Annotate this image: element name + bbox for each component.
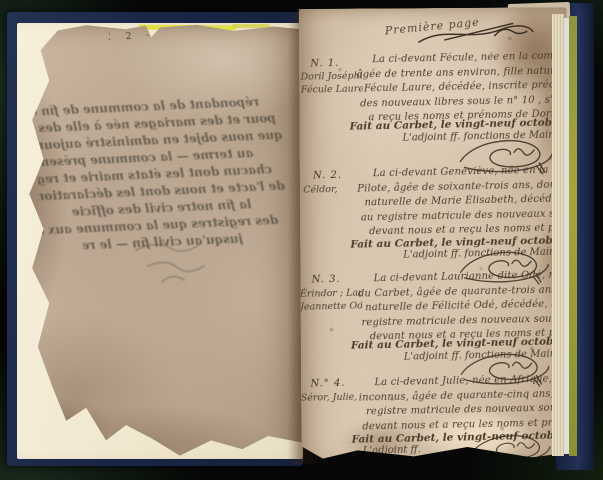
entry-number: N. 1. [310,58,339,70]
margin-note-line: Érindor ; Laurence, [300,286,362,300]
header-signature-flourish [417,15,537,50]
entry-number: N. 3. [312,274,341,286]
left-torn-page: ⁚ 2 · répondant de la commune de fin du … [18,24,302,460]
foxing-speckles [299,9,301,11]
entry-body: La ci-devant Fécule, née en la commune d… [356,49,562,126]
margin-note-line: Doril Joséphine, [300,69,362,83]
manuscript-book-scan: ⁚ 2 · répondant de la commune de fin du … [0,0,603,480]
signature-flourish [461,429,562,467]
margin-note: Céldor, [303,182,365,196]
register-entry: N.° 4. Séror, Julie, La ci-devant Julie,… [300,367,570,460]
ink-corner-mark: ⁚ 2 · [108,31,155,43]
yellow-edge-mark [232,24,270,28]
margin-note-line: Séror, Julie, [301,390,363,404]
fore-edge-cover-strip [577,10,590,462]
right-manuscript-page: Première page N. 1. Doril Joséphine, Féc… [299,7,570,459]
entry-number: N. 2. [313,170,342,182]
officiant-line: L'adjoint ff. [332,444,452,457]
bleedthrough-text: répondant de la commune de fin du Carbet… [35,93,287,257]
entry-body: La ci-devant Julie, née en Afrique, de p… [358,372,564,434]
margin-note-line: Fécule Laure, [301,82,363,96]
faint-scrawl-marks [118,236,268,296]
fore-edge-olive-strip [569,16,577,456]
margin-note: Érindor ; Laurence, Jeannette Odile [300,286,363,313]
entry-body: La ci-devant Geneviève, née en la commun… [357,163,563,240]
margin-note: Doril Joséphine, Fécule Laure, [300,69,363,96]
margin-note: Séror, Julie, [301,390,363,404]
fore-edge-page-stack [552,14,564,456]
register-entry: N. 1. Doril Joséphine, Fécule Laure, La … [298,45,568,170]
margin-note-line: Jeannette Odile [300,299,362,313]
entry-number: N.° 4. [310,378,345,390]
entry-body: La ci-devant Laurianne dite Odé, née en … [357,268,563,345]
margin-note-line: Céldor, [303,182,365,196]
